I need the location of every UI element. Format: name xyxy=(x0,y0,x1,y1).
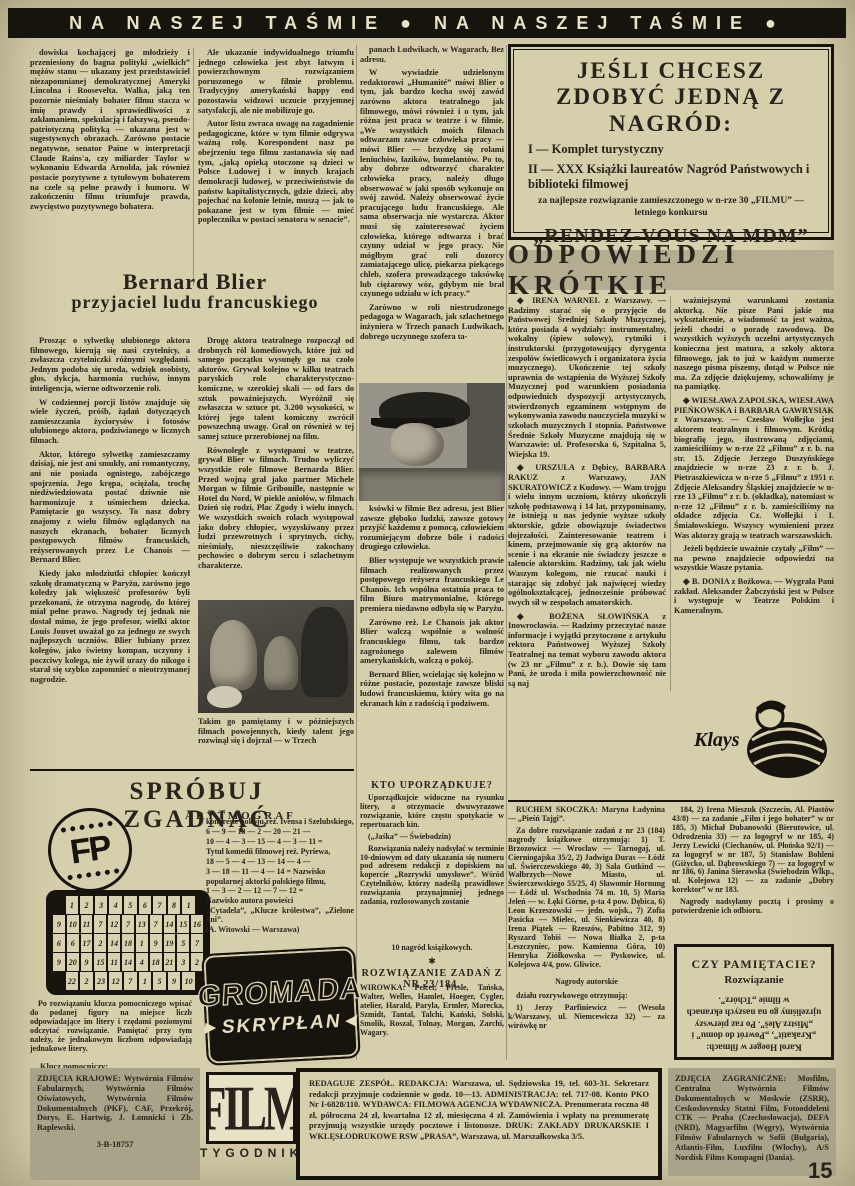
paragraph: Jeżeli będziecie uważnie czytały „Film” … xyxy=(674,544,834,573)
grid-cell: 7 xyxy=(123,971,138,991)
paragraph: panach Ludwikach, w Wagarach, Bez adresu… xyxy=(360,45,504,64)
grid-cell: 3 xyxy=(176,952,190,972)
grid-cell: 9 xyxy=(80,952,94,972)
author-awards-heading: Nagrody autorskie xyxy=(508,978,665,987)
page-banner: NA NASZEJ TAŚMIE ● NA NASZEJ TAŚMIE ● xyxy=(8,8,846,38)
paragraph: ważniejszymi warunkami zostania aktorką.… xyxy=(674,296,834,392)
paragraph: Rozwiązania należy nadsyłać w terminie 1… xyxy=(360,845,504,907)
article-column-3-continued: ksówki w filmie Bez adresu, jest Blier z… xyxy=(360,504,504,754)
paragraph: Autor listu zwraca uwagę na zagadnienie … xyxy=(198,119,354,225)
contest-box: JEŚLI CHCESZ ZDOBYĆ JEDNĄ Z NAGRÓD: I — … xyxy=(508,44,834,240)
domestic-photos-text: ZDJĘCIA KRAJOWE: Wytwórnia Filmów Fabula… xyxy=(37,1074,193,1132)
film-logo-subtitle: TYGODNIK xyxy=(200,1146,296,1160)
kto-paragraphs: Uporządkujcie widoczne na rysunku litery… xyxy=(360,794,504,942)
grid-cell: 17 xyxy=(80,933,94,953)
grid-cell: 7 xyxy=(149,914,163,934)
paragraph: ◆ WIESŁAWA ZAPOLSKA, WIESŁAWA PIEŃKOWSKA… xyxy=(674,396,834,540)
grid-cell: 7 xyxy=(190,933,204,953)
shoulders xyxy=(359,468,505,501)
paragraph: Uporządkujcie widoczne na rysunku litery… xyxy=(360,794,504,830)
print-code: 3-B-18757 xyxy=(37,1139,193,1149)
grid-cell: 14 xyxy=(121,952,135,972)
grid-cell: 8 xyxy=(167,895,182,915)
grid-cell: 5 xyxy=(123,895,138,915)
grid-cell: 2 xyxy=(79,895,94,915)
grid-cell: 14 xyxy=(163,914,177,934)
grid-cell: 5 xyxy=(152,971,167,991)
grid-cell: 15 xyxy=(93,952,107,972)
grid-cell: 19 xyxy=(163,933,177,953)
grid-cell: 2 xyxy=(93,933,107,953)
grid-row: 2222312715910 xyxy=(65,971,204,990)
article-column-3: panach Ludwikach, w Wagarach, Bez adresu… xyxy=(360,45,504,381)
column-rule xyxy=(670,296,671,691)
photo-caption: Takim go pamiętamy i w późniejszych film… xyxy=(198,717,354,763)
paragraph: 184, 2) Irena Mieszuk (Szczecin, Al. Pia… xyxy=(672,806,834,895)
paragraph: Ale ukazanie indywidualnego triumfu jedn… xyxy=(198,48,354,115)
grid-cell: 22 xyxy=(65,971,80,991)
grid-row: 661721418191957 xyxy=(52,933,204,952)
grid-cell: 4 xyxy=(108,895,123,915)
grid-cell: 1 xyxy=(181,895,196,915)
photo-film-scene xyxy=(198,600,354,713)
grid-row: 910117127137141516 xyxy=(52,914,204,933)
czy-flipped-solution: Karol Hoeger w filmach: „Krakatit”, „Pow… xyxy=(685,994,823,1052)
paragraph: ◆ B. DONIA z Bożkowa. — Wygrała Pani zak… xyxy=(674,577,834,615)
paragraph: 3 — 18 — 11 — 4 — 14 = Nazwisko xyxy=(206,868,354,877)
arytmograf-instructions: Po rozwiązaniu klucza pomocniczego wpisa… xyxy=(30,1000,192,1062)
grid-cell: 3 xyxy=(94,895,109,915)
column-rule xyxy=(356,45,357,1060)
gromada-ad: GROMADA ►SKRYPŁAN◄ xyxy=(201,946,361,1066)
masthead-box: REDAGUJE ZESPÓŁ. REDAKCJA: Warszawa, ul.… xyxy=(296,1068,662,1180)
answers-column-2: ważniejszymi warunkami zostania aktorką.… xyxy=(674,296,834,688)
paragraph: „Cytadela”, „Klucze królestwa”, „Zielone… xyxy=(206,907,354,925)
kto-prize-line: 10 nagród książkowych. xyxy=(360,944,504,953)
grid-cell: 1 xyxy=(65,895,80,915)
grid-cell: 2 xyxy=(79,971,94,991)
contest-prize-1: I — Komplet turystyczny xyxy=(528,142,818,157)
grid-cell: 20 xyxy=(66,952,80,972)
grid-row: 92091511144182132 xyxy=(52,952,204,971)
blier-article-title: Bernard Blier przyjaciel ludu francuskie… xyxy=(60,270,330,312)
grid-cell: 6 xyxy=(52,933,66,953)
grid-cell: 9 xyxy=(149,933,163,953)
paragraph: Bernard Blier, wcielając się kolejno w r… xyxy=(360,670,504,708)
title-line-1: Bernard Blier xyxy=(60,270,330,293)
photo-bernard-blier-portrait xyxy=(359,383,505,501)
paragraph: (A. Witowski — Warszawa) xyxy=(206,926,354,935)
paragraph: („Jaśka” — Świebodzin) xyxy=(360,833,504,842)
paragraph: Po rozwiązaniu klucza pomocniczego wpisa… xyxy=(30,1000,192,1054)
paragraph: Równolegle z występami w teatrze, grywał… xyxy=(198,446,354,571)
article-column-1: dowiska kochającej go młodzieży i przeni… xyxy=(30,48,190,285)
paragraph: Aktor, którego sylwetkę zamieszczamy dzi… xyxy=(30,450,190,565)
grid-cell: 11 xyxy=(80,914,94,934)
ruchem-column-1b: działu rozrywkowego otrzymują:1) Jerzy P… xyxy=(508,992,665,1062)
grid-cell: 21 xyxy=(163,952,177,972)
magazine-page: NA NASZEJ TAŚMIE ● NA NASZEJ TAŚMIE ● do… xyxy=(0,0,855,1186)
paragraph: ◆ URSZULA z Dębicy, BARBARA RAKUZ z Wars… xyxy=(508,463,666,607)
paragraph: Nazwisko autora powieści xyxy=(206,897,354,906)
domestic-photos-credit-box: ZDJĘCIA KRAJOWE: Wytwórnia Filmów Fabula… xyxy=(30,1068,200,1180)
grid-cell: 14 xyxy=(107,933,121,953)
gromada-ad-line-2: ►SKRYPŁAN◄ xyxy=(200,1010,364,1041)
grid-cell: 13 xyxy=(135,914,149,934)
czy-pamietacie-box: CZY PAMIĘTACIE? Rozwiązanie Karol Hoeger… xyxy=(674,944,834,1060)
paragraph: 1) Jerzy Parfiniewicz — (Wesoła k/Warsza… xyxy=(508,1004,665,1031)
contest-subtext: za najlepsze rozwiązanie zamieszczonego … xyxy=(524,196,818,220)
star-ornament: ✱ xyxy=(360,956,504,967)
grid-cell: 16 xyxy=(190,914,204,934)
paragraph: 6 — 9 — 18 — 2 — 20 — 21 — xyxy=(206,828,354,837)
grid-cell: 12 xyxy=(108,971,123,991)
teapot xyxy=(207,686,241,709)
paragraph: RUCHEM SKOCZKA: Maryna Ładynina — „Pieśń… xyxy=(508,806,665,824)
blier-column-2: Drogę aktora teatralnego rozpoczął od dr… xyxy=(198,336,354,598)
column-rule xyxy=(193,48,194,286)
grid-cell: 9 xyxy=(52,952,66,972)
grid-cell: 18 xyxy=(121,933,135,953)
grid-cell: 6 xyxy=(66,933,80,953)
gromada-ad-line-1: GROMADA xyxy=(197,972,364,1015)
title-line-2: przyjaciel ludu francuskiego xyxy=(60,293,330,312)
grid-cell: 12 xyxy=(107,914,121,934)
paragraph: W wywiadzie udzielonym redaktorowi „Huma… xyxy=(360,68,504,299)
figure-woman xyxy=(210,620,257,690)
paragraph: ksówki w filmie Bez adresu, jest Blier z… xyxy=(360,504,504,552)
grid-cell: 23 xyxy=(94,971,109,991)
grid-cell: 5 xyxy=(176,933,190,953)
grid-row: 123456781 xyxy=(65,895,204,914)
paragraph: działu rozrywkowego otrzymują: xyxy=(508,992,665,1001)
contest-title-line-1: JEŚLI CHCESZ xyxy=(524,58,818,84)
contest-prize-2: II — XXX Książki laureatów Nagród Państw… xyxy=(528,162,818,192)
paragraph: W codziennej porcji listów znajduje się … xyxy=(30,398,190,446)
grid-cell: 6 xyxy=(138,895,153,915)
answers-section-title: ODPOWIEDZI KRÓTKIE xyxy=(508,250,834,290)
film-logo-text: FILM xyxy=(206,1072,296,1144)
grid-cell: 1 xyxy=(138,971,153,991)
fp-logo-letters: FP xyxy=(61,820,119,880)
page-number: 15 xyxy=(808,1158,832,1184)
grid-cell: 7 xyxy=(93,914,107,934)
paragraph: Blier występuje we wszystkich prawie fil… xyxy=(360,556,504,614)
arytmograf-grid: 1234567819101171271371415166617214181919… xyxy=(46,890,210,995)
film-magazine-logo: FILM xyxy=(206,1072,296,1144)
section-divider xyxy=(30,769,354,771)
paragraph: Drogę aktora teatralnego rozpoczął od dr… xyxy=(198,336,354,442)
grid-cell: 15 xyxy=(176,914,190,934)
cartoon-signature: Klays xyxy=(693,729,740,751)
ruchem-column-2: 184, 2) Irena Mieszuk (Szczecin, Al. Pia… xyxy=(672,806,834,940)
wirowka-solution: WIRÓWKA: Pelcer, Presle, Tańska, Walter,… xyxy=(360,984,504,1060)
paragraph: Tytuł komedii filmowej reż. Pyriewa, xyxy=(206,848,354,857)
grid-cell: 1 xyxy=(135,933,149,953)
paragraph: 18 — 5 — 4 — 13 — 14 — 4 — xyxy=(206,858,354,867)
paragraph: Za dobre rozwiązanie zadań z nr 23 (184)… xyxy=(508,827,665,970)
grid-cell: 7 xyxy=(152,895,167,915)
blier-column-1: Prosząc o sylwetkę ulubionego aktora fil… xyxy=(30,336,190,768)
article-column-2: Ale ukazanie indywidualnego triumfu jedn… xyxy=(198,48,354,288)
contest-box-inner: JEŚLI CHCESZ ZDOBYĆ JEDNĄ Z NAGRÓD: I — … xyxy=(513,49,829,233)
paragraph: Zarówno w roli niestrudzonego pedagoga w… xyxy=(360,303,504,341)
answers-column-1: ◆ IRENA WARNEL z Warszawy. — Radzimy sta… xyxy=(508,296,666,766)
column-rule xyxy=(506,45,507,1060)
grid-cell: 18 xyxy=(149,952,163,972)
paragraph: 10 — 4 — 3 — 15 — 4 — 3 — 11 = xyxy=(206,838,354,847)
section-divider xyxy=(508,800,834,802)
paragraph: Nagrody nadsyłamy pocztą i prosimy o pot… xyxy=(672,898,834,916)
grid-cell: 4 xyxy=(135,952,149,972)
kto-heading: KTO UPORZĄDKUJE? xyxy=(360,780,504,791)
paragraph: 1 — 3 — 2 — 12 — 7 — 12 = xyxy=(206,887,354,896)
paragraph: popularnej aktorki polskiego filmu, xyxy=(206,878,354,887)
ruchem-column-1: RUCHEM SKOCZKA: Maryna Ładynina — „Pieśń… xyxy=(508,806,665,974)
puzzle-clues-column: kongresie pokoju reż. Ivensa i Szelubski… xyxy=(206,818,354,943)
paragraph: ◆ BOŻENA SŁOWIŃSKA z Inowrocławia. — Rad… xyxy=(508,612,666,689)
grid-cell: 10 xyxy=(181,971,196,991)
grid-cell: 11 xyxy=(107,952,121,972)
face xyxy=(391,423,444,465)
paragraph: ◆ IRENA WARNEL z Warszawy. — Radzimy sta… xyxy=(508,296,666,459)
cartoon-caricature: Klays xyxy=(692,688,834,788)
grid-cell: 9 xyxy=(52,914,66,934)
paragraph: kongresie pokoju reż. Ivensa i Szelubski… xyxy=(206,818,354,827)
paragraph: Prosząc o sylwetkę ulubionego aktora fil… xyxy=(30,336,190,394)
grid-cell: 9 xyxy=(167,971,182,991)
grid-cell: 10 xyxy=(66,914,80,934)
figure-man-seated xyxy=(264,636,298,690)
paragraph: dowiska kochającej go młodzieży i przeni… xyxy=(30,48,190,211)
czy-title: CZY PAMIĘTACIE? xyxy=(685,957,823,972)
paragraph: Zarówno reż. Le Chanois jak aktor Blier … xyxy=(360,618,504,666)
figure-man-standing xyxy=(301,607,348,697)
grid-cell: 7 xyxy=(121,914,135,934)
czy-subtitle: Rozwiązanie xyxy=(685,974,823,986)
contest-title-line-2: ZDOBYĆ JEDNĄ Z NAGRÓD: xyxy=(524,84,818,137)
paragraph: Kiedy jako młodziutki chłopiec kończył s… xyxy=(30,569,190,684)
